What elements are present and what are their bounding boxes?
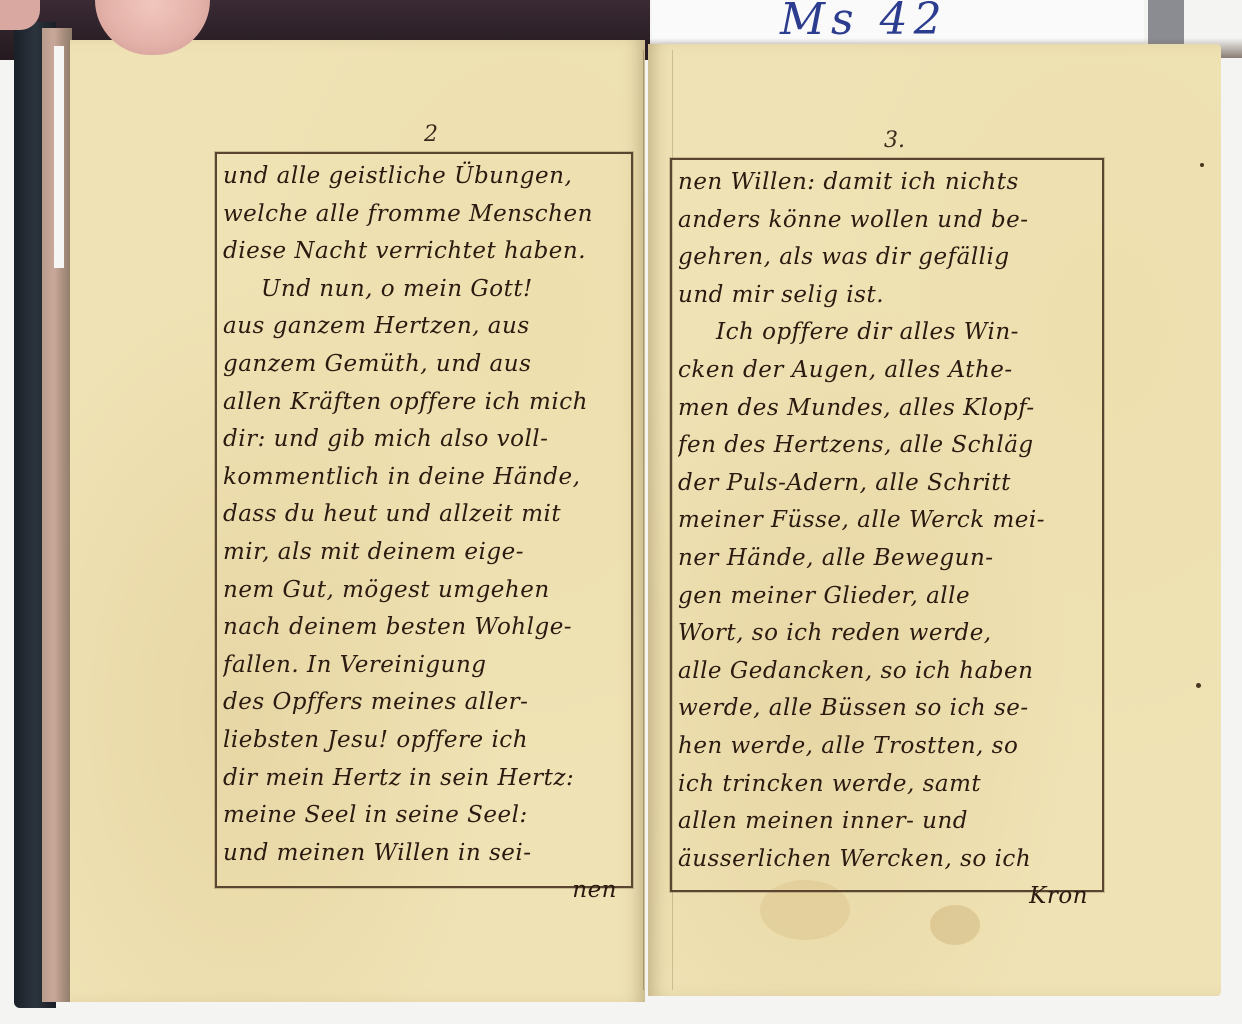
page-number-right: 3.	[884, 128, 905, 153]
text-frame-left: und alle geistliche Übungen, welche alle…	[215, 152, 633, 888]
text-line: allen Kräften opffere ich mich	[223, 384, 627, 422]
text-line: anders könne wollen und be-	[678, 202, 1098, 240]
text-line: dir: und gib mich also voll-	[223, 421, 627, 459]
text-line: fen des Hertzens, alle Schläg	[678, 427, 1098, 465]
text-line: fallen. In Vereinigung	[223, 647, 627, 685]
text-line: dir mein Hertz in sein Hertz:	[223, 760, 627, 798]
text-line: gehren, als was dir gefällig	[678, 239, 1098, 277]
text-line: welche alle fromme Menschen	[223, 196, 627, 234]
text-line: Ich opffere dir alles Win-	[678, 314, 1098, 352]
text-line: gen meiner Glieder, alle	[678, 578, 1098, 616]
text-line: kommentlich in deine Hände,	[223, 459, 627, 497]
gutter-fold-left	[643, 50, 644, 990]
text-line: und meinen Willen in sei-	[223, 835, 627, 873]
text-line: ganzem Gemüth, und aus	[223, 346, 627, 384]
text-line: und mir selig ist.	[678, 277, 1098, 315]
text-line: Und nun, o mein Gott!	[223, 271, 627, 309]
text-line: meine Seel in seine Seel:	[223, 797, 627, 835]
text-line: nen Willen: damit ich nichts	[678, 164, 1098, 202]
text-line: diese Nacht verrichtet haben.	[223, 233, 627, 271]
text-line: mir, als mit deinem eige-	[223, 534, 627, 572]
ink-spot	[1196, 683, 1201, 688]
text-line: allen meinen inner- und	[678, 803, 1098, 841]
manuscript-photo: Ms 42 2 und alle geistliche Übungen, wel…	[0, 0, 1242, 1024]
text-line: äusserlichen Wercken, so ich	[678, 841, 1098, 879]
text-line: hen werde, alle Trostten, so	[678, 728, 1098, 766]
text-line: cken der Augen, alles Athe-	[678, 352, 1098, 390]
page-edges-highlight	[54, 46, 64, 268]
text-line: men des Mundes, alles Klopf-	[678, 390, 1098, 428]
text-line: nem Gut, mögest umgehen	[223, 572, 627, 610]
text-line: dass du heut und allzeit mit	[223, 496, 627, 534]
text-line: werde, alle Büssen so ich se-	[678, 690, 1098, 728]
page-number-left: 2	[424, 122, 438, 147]
text-line: und alle geistliche Übungen,	[223, 158, 627, 196]
text-line: aus ganzem Hertzen, aus	[223, 308, 627, 346]
text-line: Wort, so ich reden werde,	[678, 615, 1098, 653]
text-line: der Puls-Adern, alle Schritt	[678, 465, 1098, 503]
text-line: liebsten Jesu! opffere ich	[223, 722, 627, 760]
catchword-left: nen	[223, 872, 627, 910]
text-line: ner Hände, alle Bewegun-	[678, 540, 1098, 578]
handwritten-text-right: nen Willen: damit ich nichts anders könn…	[678, 164, 1098, 916]
text-line: des Opffers meines aller-	[223, 684, 627, 722]
catchword-right: Kron	[678, 878, 1098, 916]
text-frame-right: nen Willen: damit ich nichts anders könn…	[670, 158, 1104, 892]
ink-spot	[1200, 163, 1204, 167]
handwritten-text-left: und alle geistliche Übungen, welche alle…	[223, 158, 627, 910]
text-line: nach deinem besten Wohlge-	[223, 609, 627, 647]
text-line: meiner Füsse, alle Werck mei-	[678, 502, 1098, 540]
text-line: alle Gedancken, so ich haben	[678, 653, 1098, 691]
text-line: ich trincken werde, samt	[678, 766, 1098, 804]
